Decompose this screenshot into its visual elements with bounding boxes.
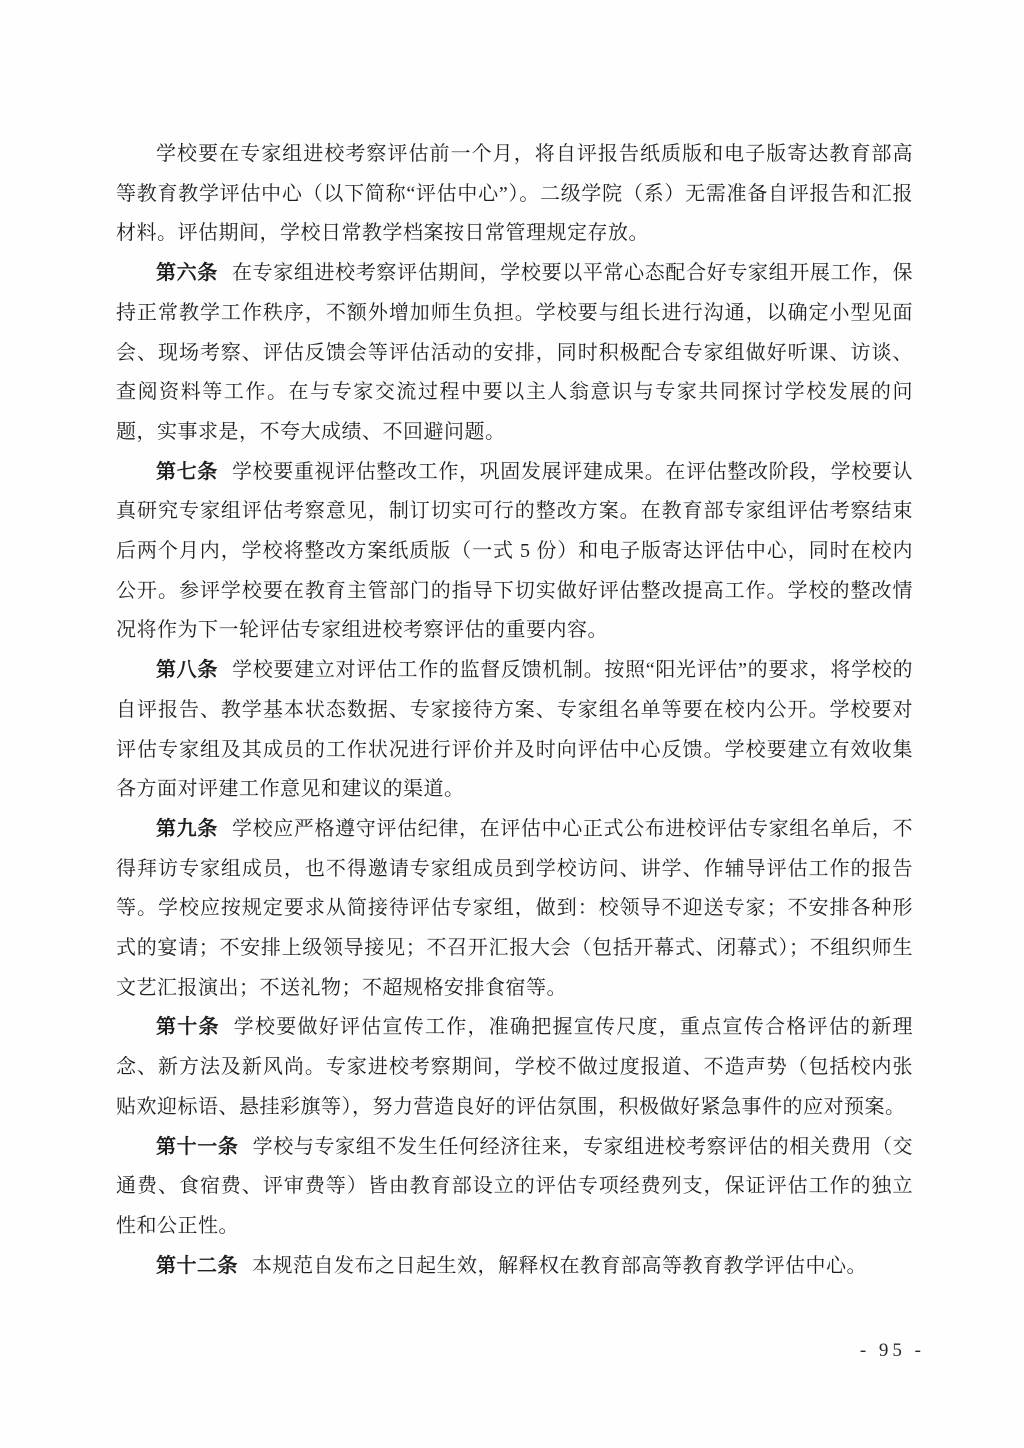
page-number: - 95 - <box>860 1340 925 1362</box>
article-10-paragraph: 第十条学校要做好评估宣传工作，准确把握宣传尺度，重点宣传合格评估的新理念、新方法… <box>116 1008 913 1127</box>
article-9-label: 第九条 <box>156 818 218 840</box>
article-12-paragraph: 第十二条本规范自发布之日起生效，解释权在教育部高等教育教学评估中心。 <box>116 1247 913 1287</box>
paragraph-text: 在专家组进校考察评估期间，学校要以平常心态配合好专家组开展工作，保持正常教学工作… <box>116 262 913 443</box>
paragraph-text: 学校要建立对评估工作的监督反馈机制。按照“阳光评估”的要求，将学校的自评报告、教… <box>116 659 913 800</box>
article-7-label: 第七条 <box>156 461 218 483</box>
article-8-label: 第八条 <box>156 659 218 681</box>
article-12-label: 第十二条 <box>156 1255 238 1277</box>
page-content: 学校要在专家组进校考察评估前一个月，将自评报告纸质版和电子版寄达教育部高等教育教… <box>116 135 913 1286</box>
document-page: 学校要在专家组进校考察评估前一个月，将自评报告纸质版和电子版寄达教育部高等教育教… <box>0 0 1024 1448</box>
paragraph-text: 学校要在专家组进校考察评估前一个月，将自评报告纸质版和电子版寄达教育部高等教育教… <box>116 143 913 244</box>
article-6-paragraph: 第六条在专家组进校考察评估期间，学校要以平常心态配合好专家组开展工作，保持正常教… <box>116 254 913 453</box>
paragraph-text: 本规范自发布之日起生效，解释权在教育部高等教育教学评估中心。 <box>252 1255 867 1277</box>
article-10-label: 第十条 <box>156 1016 220 1038</box>
paragraph-text: 学校要做好评估宣传工作，准确把握宣传尺度，重点宣传合格评估的新理念、新方法及新风… <box>116 1016 913 1117</box>
article-7-paragraph: 第七条学校要重视评估整改工作，巩固发展评建成果。在评估整改阶段，学校要认真研究专… <box>116 453 913 652</box>
article-11-label: 第十一条 <box>156 1136 239 1158</box>
paragraph-continuation: 学校要在专家组进校考察评估前一个月，将自评报告纸质版和电子版寄达教育部高等教育教… <box>116 135 913 254</box>
article-9-paragraph: 第九条学校应严格遵守评估纪律，在评估中心正式公布进校评估专家组名单后，不得拜访专… <box>116 810 913 1009</box>
article-8-paragraph: 第八条学校要建立对评估工作的监督反馈机制。按照“阳光评估”的要求，将学校的自评报… <box>116 651 913 810</box>
article-11-paragraph: 第十一条学校与专家组不发生任何经济往来，专家组进校考察评估的相关费用（交通费、食… <box>116 1128 913 1247</box>
paragraph-text: 学校要重视评估整改工作，巩固发展评建成果。在评估整改阶段，学校要认真研究专家组评… <box>116 461 913 642</box>
article-6-label: 第六条 <box>156 262 218 284</box>
paragraph-text: 学校应严格遵守评估纪律，在评估中心正式公布进校评估专家组名单后，不得拜访专家组成… <box>116 818 913 999</box>
